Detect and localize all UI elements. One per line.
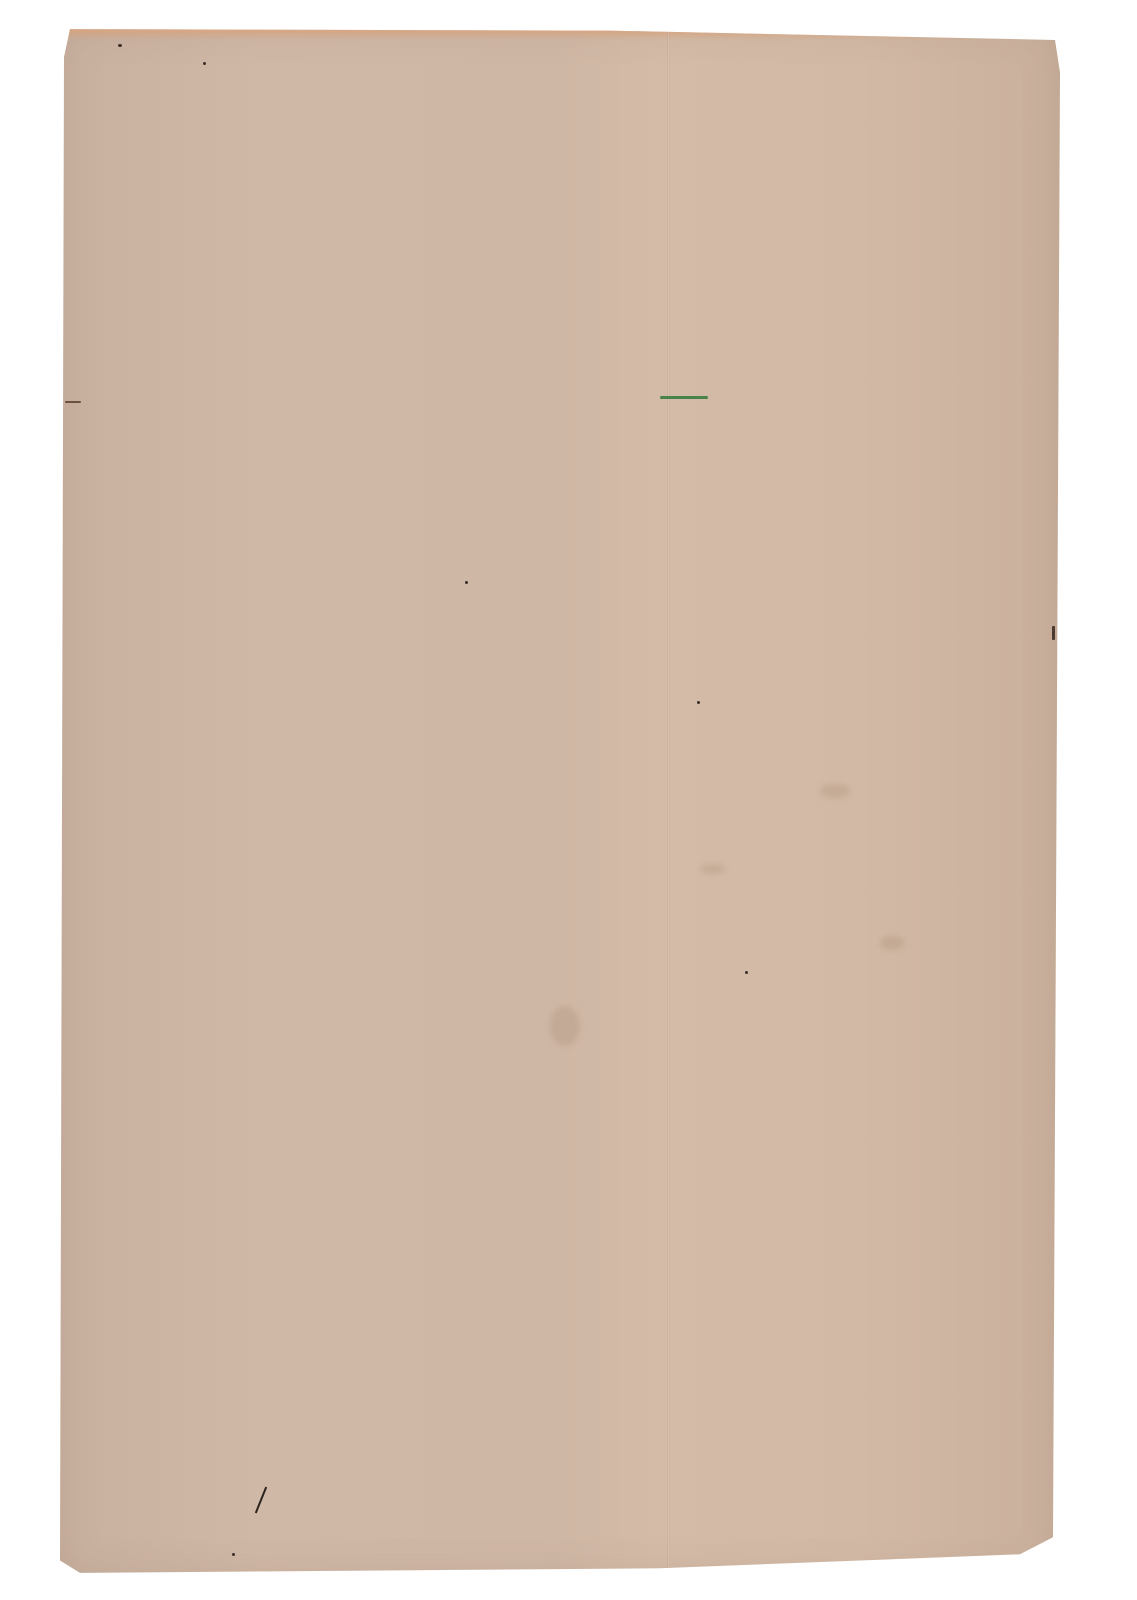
edge-tear-mark xyxy=(65,401,81,403)
stain-mark xyxy=(700,864,726,874)
ink-speck xyxy=(232,1553,235,1556)
ink-speck xyxy=(697,701,700,704)
ink-speck xyxy=(203,62,206,65)
ink-speck xyxy=(465,581,468,584)
edge-mark xyxy=(1052,626,1055,640)
green-ink-mark xyxy=(660,396,708,399)
paper-top-edge xyxy=(60,26,1060,40)
center-fold-crease xyxy=(667,26,670,1576)
ink-speck xyxy=(118,44,122,47)
stain-mark xyxy=(820,784,850,798)
stain-mark xyxy=(550,1006,580,1046)
paper-sheet xyxy=(60,26,1060,1576)
stain-mark xyxy=(880,936,904,950)
pencil-stroke-mark xyxy=(255,1487,267,1514)
ink-speck xyxy=(745,971,748,974)
